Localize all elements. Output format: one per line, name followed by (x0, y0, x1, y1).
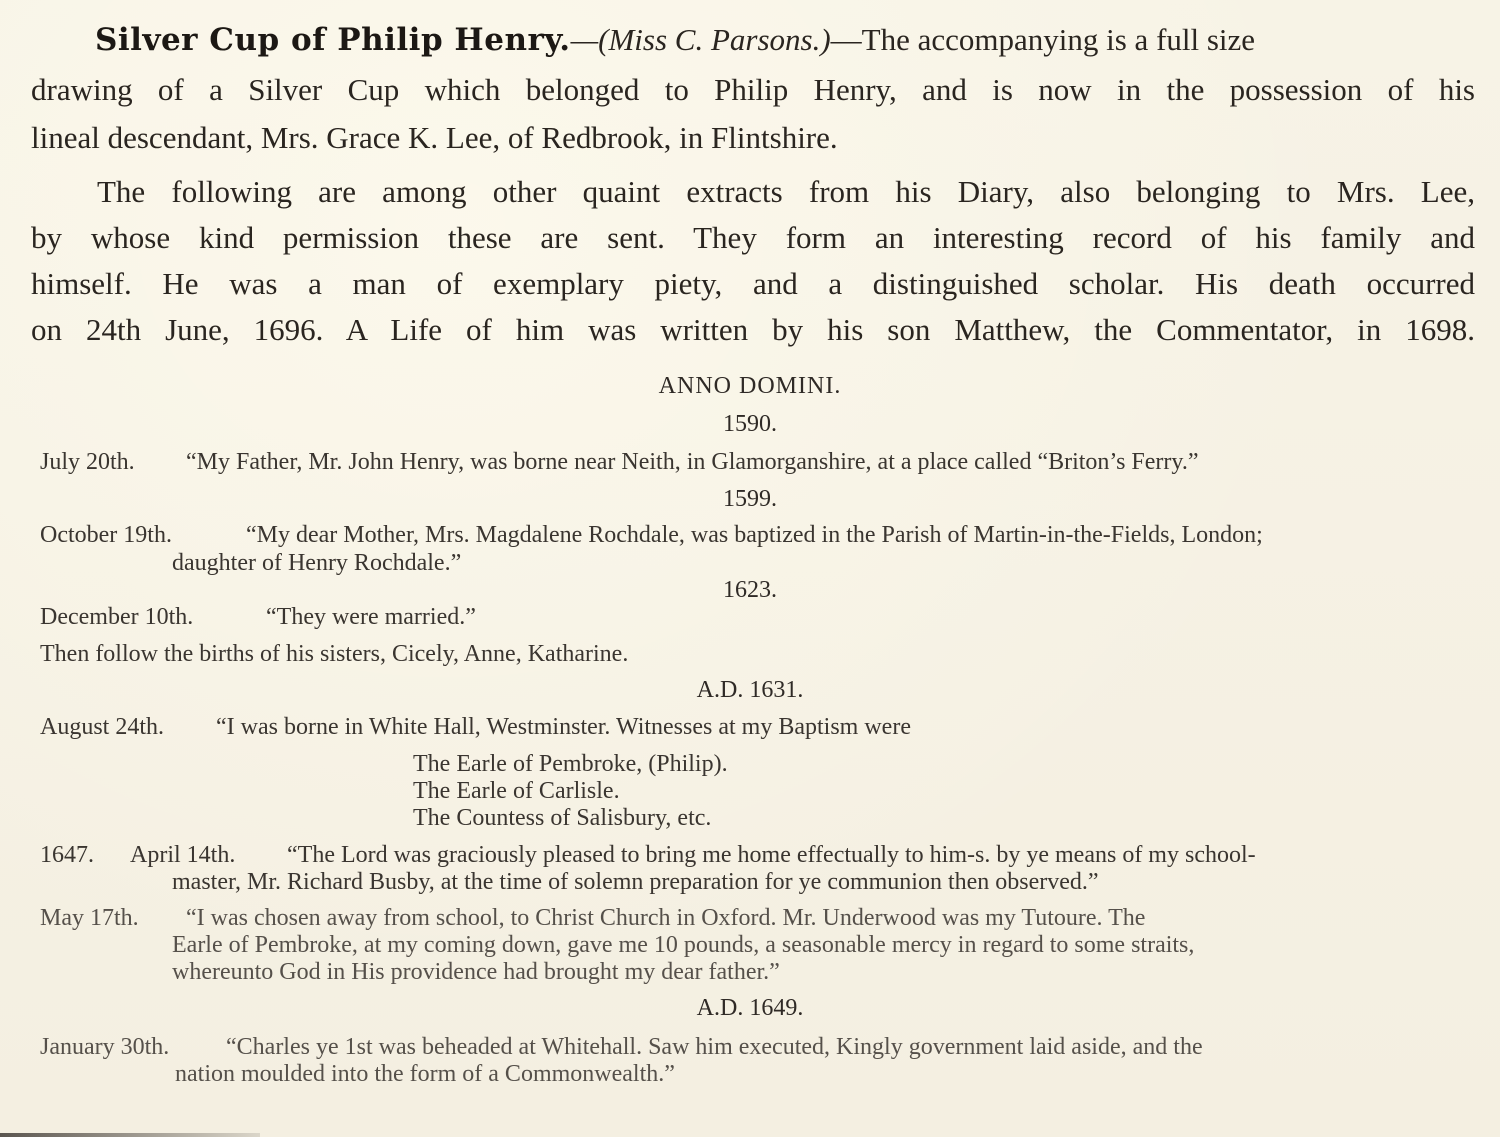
para2-line-1: The following are among other quaint ext… (97, 174, 1475, 210)
article-title: Silver Cup of Philip Henry. (95, 22, 571, 58)
intro-line-3: lineal descendant, Mrs. Grace K. Lee, of… (31, 120, 838, 156)
year-1631: A.D. 1631. (0, 676, 1500, 704)
diary-entry-august-24: August 24th.“I was borne in White Hall, … (40, 713, 911, 741)
year-1590: 1590. (0, 410, 1500, 438)
entry-text: “I was borne in White Hall, Westminster.… (216, 714, 911, 740)
sisters-note: Then follow the births of his sisters, C… (40, 640, 628, 668)
entry-date: December 10th. (40, 603, 266, 631)
intro-line-2: drawing of a Silver Cup which belonged t… (31, 72, 1475, 108)
entry-date: October 19th. (40, 521, 246, 549)
diary-entry-october-19: October 19th.“My dear Mother, Mrs. Magda… (40, 521, 1263, 549)
diary-entry-july-20: July 20th.“My Father, Mr. John Henry, wa… (40, 448, 1199, 476)
diary-entry-april-14-1647: 1647.April 14th.“The Lord was graciously… (40, 841, 1470, 869)
entry-text: “The Lord was graciously pleased to brin… (287, 842, 1256, 868)
diary-entry-december-10: December 10th.“They were married.” (40, 603, 476, 631)
para2-line-4: on 24th June, 1696. A Life of him was wr… (31, 312, 1475, 348)
scanned-page: Silver Cup of Philip Henry.—(Miss C. Par… (0, 0, 1500, 1137)
diary-entry-january-30: January 30th.“Charles ye 1st was beheade… (40, 1033, 1203, 1061)
entry-date: April 14th. (130, 841, 287, 869)
para2-line-3: himself. He was a man of exemplary piety… (31, 266, 1475, 302)
entry-continuation: Earle of Pembroke, at my coming down, ga… (172, 931, 1194, 959)
entry-text: “Charles ye 1st was beheaded at Whitehal… (226, 1034, 1203, 1060)
entry-continuation: master, Mr. Richard Busby, at the time o… (172, 868, 1099, 896)
witness-1: The Earle of Pembroke, (Philip). (413, 750, 728, 778)
contributor: —(Miss C. Parsons.) (571, 22, 831, 57)
entry-continuation-2: whereunto God in His providence had brou… (172, 958, 780, 986)
entry-continuation: nation moulded into the form of a Common… (175, 1060, 675, 1088)
intro-text: —The accompanying is a full size (831, 22, 1255, 57)
witness-3: The Countess of Salisbury, etc. (413, 804, 711, 832)
entry-text: “My Father, Mr. John Henry, was borne ne… (186, 449, 1199, 475)
page-edge-shadow (0, 1133, 260, 1137)
diary-entry-may-17: May 17th.“I was chosen away from school,… (40, 904, 1145, 932)
year-1649: A.D. 1649. (0, 994, 1500, 1022)
entry-year: 1647. (40, 841, 130, 869)
entry-date: August 24th. (40, 713, 216, 741)
entry-date: January 30th. (40, 1033, 226, 1061)
anno-domini-heading: ANNO DOMINI. (0, 372, 1500, 400)
year-1599: 1599. (0, 485, 1500, 513)
entry-text: “They were married.” (266, 604, 476, 630)
intro-line-1: Silver Cup of Philip Henry.—(Miss C. Par… (95, 22, 1475, 58)
entry-text: “I was chosen away from school, to Chris… (186, 905, 1145, 931)
para2-line-2: by whose kind permission these are sent.… (31, 220, 1475, 256)
year-1623: 1623. (0, 576, 1500, 604)
witness-2: The Earle of Carlisle. (413, 777, 620, 805)
entry-date: May 17th. (40, 904, 186, 932)
entry-text: “My dear Mother, Mrs. Magdalene Rochdale… (246, 522, 1263, 548)
entry-date: July 20th. (40, 448, 186, 476)
entry-continuation: daughter of Henry Rochdale.” (172, 549, 461, 577)
